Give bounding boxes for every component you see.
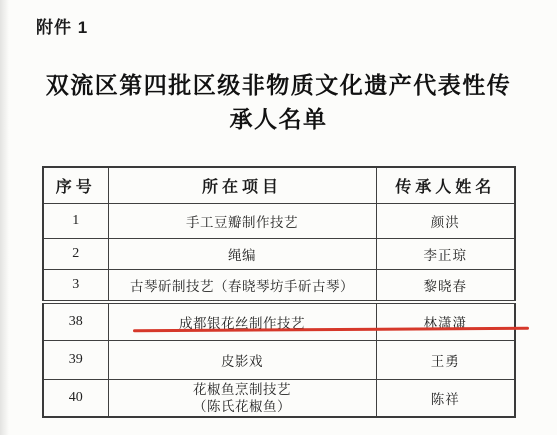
cell-name: 陈祥 xyxy=(376,379,515,417)
cell-project: 花椒鱼烹制技艺 （陈氏花椒鱼） xyxy=(108,379,376,417)
cell-serial: 1 xyxy=(43,203,108,238)
cell-name: 黎晓春 xyxy=(376,269,515,302)
cell-name: 李正琼 xyxy=(376,238,515,269)
inheritors-table: 序号 所在项目 传承人姓名 1 手工豆瓣制作技艺 颜洪 2 绳编 李正琼 3 古… xyxy=(42,166,516,418)
cell-project: 皮影戏 xyxy=(108,340,376,379)
cell-project: 古琴斫制技艺（春晓琴坊手斫古琴） xyxy=(108,269,376,302)
cell-serial: 39 xyxy=(43,340,108,379)
cell-serial: 3 xyxy=(43,269,108,302)
cell-serial: 38 xyxy=(43,302,108,340)
table-row: 1 手工豆瓣制作技艺 颜洪 xyxy=(43,203,515,238)
table-row: 39 皮影戏 王勇 xyxy=(43,340,515,379)
table-row-highlighted: 38 成都银花丝制作技艺 林潇潇 xyxy=(43,302,515,340)
table-row: 2 绳编 李正琼 xyxy=(43,238,515,269)
table-row: 40 花椒鱼烹制技艺 （陈氏花椒鱼） 陈祥 xyxy=(43,379,515,417)
table-row: 3 古琴斫制技艺（春晓琴坊手斫古琴） 黎晓春 xyxy=(43,269,515,302)
attachment-label: 附件 1 xyxy=(36,13,88,38)
cell-name: 林潇潇 xyxy=(376,302,515,340)
document-page: 附件 1 双流区第四批区级非物质文化遗产代表性传 承人名单 序号 所在项目 传承… xyxy=(0,0,557,435)
document-title-line2: 承人名单 xyxy=(0,103,557,137)
header-project: 所在项目 xyxy=(108,167,376,203)
cell-name: 颜洪 xyxy=(376,203,515,238)
table-header-row: 序号 所在项目 传承人姓名 xyxy=(43,167,515,203)
cell-name: 王勇 xyxy=(376,340,515,379)
cell-project: 绳编 xyxy=(108,238,376,269)
header-serial-number: 序号 xyxy=(43,167,108,203)
cell-project: 手工豆瓣制作技艺 xyxy=(108,203,376,238)
cell-serial: 40 xyxy=(43,379,108,417)
document-title-line1: 双流区第四批区级非物质文化遗产代表性传 xyxy=(0,69,557,103)
cell-project: 成都银花丝制作技艺 xyxy=(108,302,376,340)
document-title: 双流区第四批区级非物质文化遗产代表性传 承人名单 xyxy=(0,69,557,137)
header-inheritor-name: 传承人姓名 xyxy=(376,167,515,203)
cell-serial: 2 xyxy=(43,238,108,269)
